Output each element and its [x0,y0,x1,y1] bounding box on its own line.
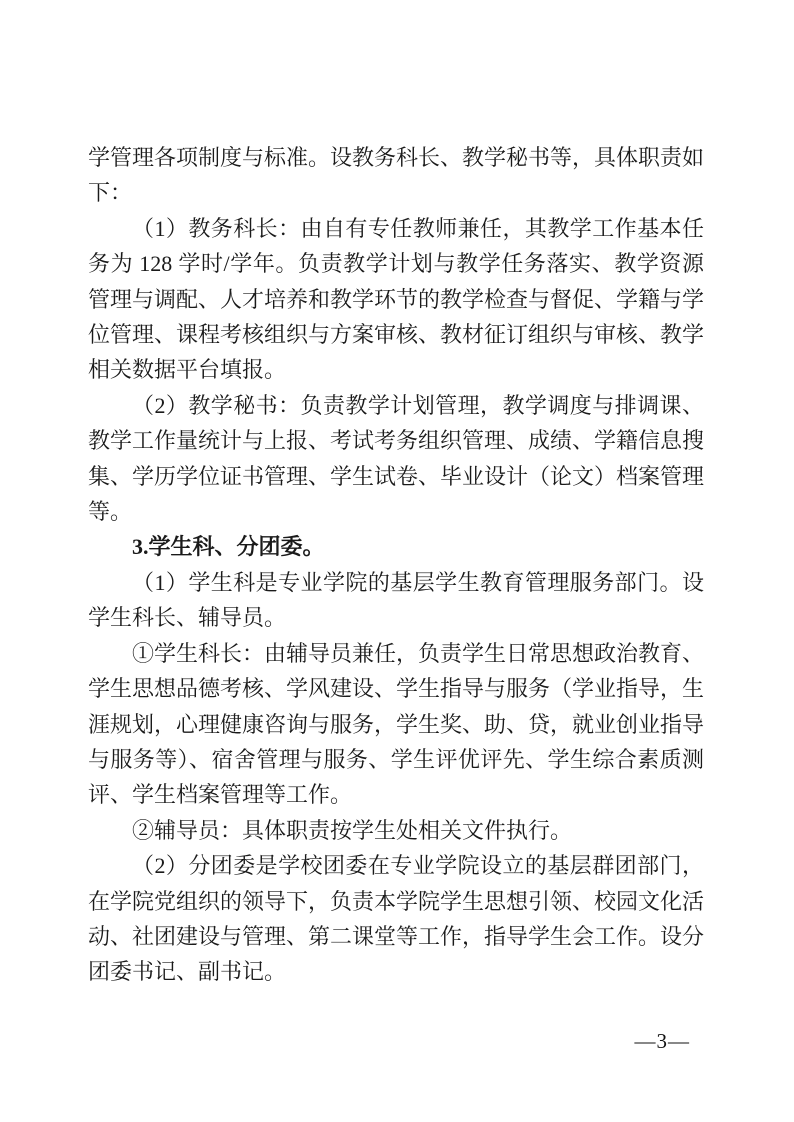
paragraph-counselor: ②辅导员：具体职责按学生处相关文件执行。 [88,813,704,848]
paragraph-student-section-chief: ①学生科长：由辅导员兼任，负责学生日常思想政治教育、学生思想品德考核、学风建设、… [88,636,704,813]
paragraph-student-section-intro: （1）学生科是专业学院的基层学生教育管理服务部门。设学生科长、辅导员。 [88,565,704,636]
paragraph-teaching-secretary: （2）教学秘书：负责教学计划管理，教学调度与排调课、教学工作量统计与上报、考试考… [88,388,704,530]
paragraph-academic-affairs-chief: （1）教务科长：由自有专任教师兼任，其教学工作基本任务为 128 学时/学年。负… [88,211,704,388]
paragraph-teaching-rules-continuation: 学管理各项制度与标准。设教务科长、教学秘书等，具体职责如下： [88,140,704,211]
page-number: —3— [635,1028,691,1054]
section-heading-student-section: 3.学生科、分团委。 [88,529,704,564]
document-body: 学管理各项制度与标准。设教务科长、教学秘书等，具体职责如下： （1）教务科长：由… [88,140,704,990]
paragraph-youth-league-branch: （2）分团委是学校团委在专业学院设立的基层群团部门，在学院党组织的领导下，负责本… [88,848,704,990]
document-page: 学管理各项制度与标准。设教务科长、教学秘书等，具体职责如下： （1）教务科长：由… [0,0,794,1122]
